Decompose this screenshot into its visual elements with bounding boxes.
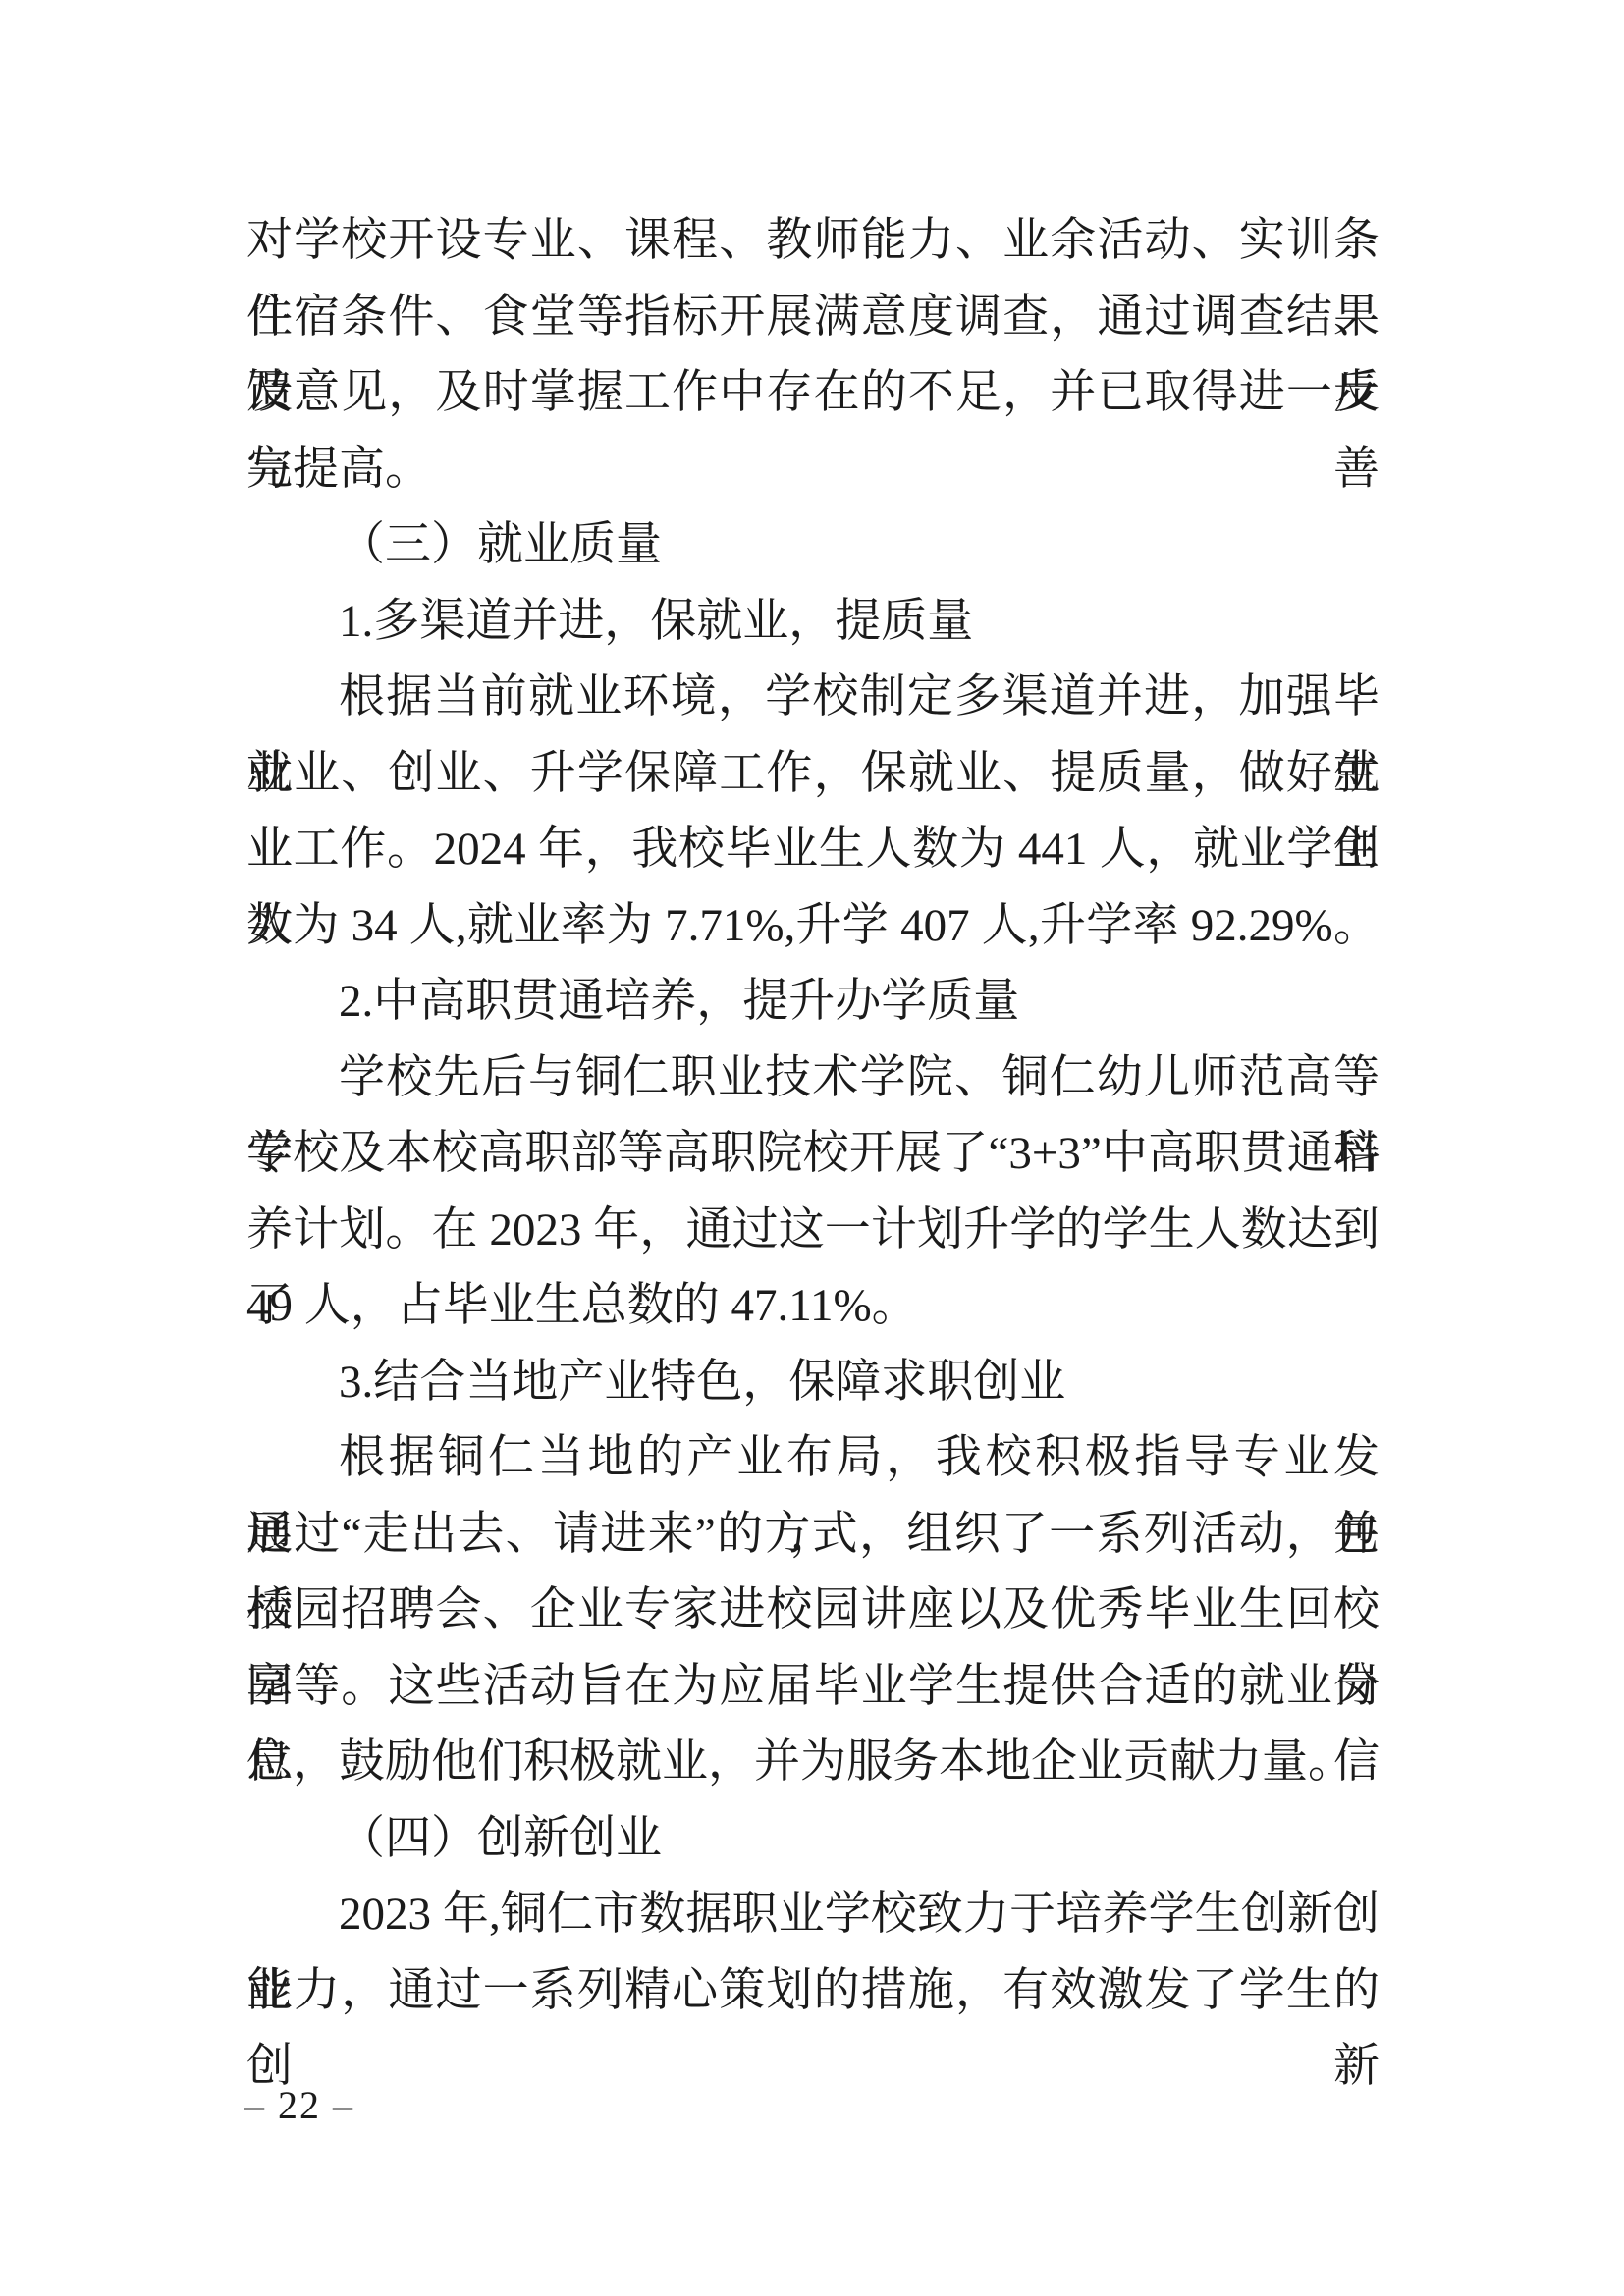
text-line: 1.多渠道并进，保就业，提质量 (246, 584, 1380, 661)
text-line: 49 人，占毕业生总数的 47.11%。 (246, 1268, 1380, 1345)
text-line: 校园招聘会、企业专家进校园讲座以及优秀毕业生回校园分 (246, 1573, 1380, 1649)
text-line: 养计划。在 2023 年，通过这一计划升学的学生人数达到了 (246, 1193, 1380, 1269)
text-line: 享等。这些活动旨在为应届毕业学生提供合适的就业岗位信 (246, 1649, 1380, 1726)
document-body: 对学校开设专业、课程、教师能力、业余活动、实训条件、住宿条件、食堂等指标开展满意… (246, 203, 1380, 2029)
text-line: 3.结合当地产业特色，保障求职创业 (246, 1345, 1380, 1421)
text-line: 就业、创业、升学保障工作，保就业、提质量，做好就业创 (246, 736, 1380, 813)
text-line: （四）创新创业 (246, 1801, 1380, 1878)
text-line: 业工作。2024 年，我校毕业生人数为 441 人，就业学生人 (246, 812, 1380, 888)
text-line: 能力，通过一系列精心策划的措施，有效激发了学生的创新 (246, 1953, 1380, 2030)
text-line: 根据当前就业环境，学校制定多渠道并进，加强毕业生 (246, 660, 1380, 736)
text-line: （三）就业质量 (246, 507, 1380, 584)
text-line: 学校先后与铜仁职业技术学院、铜仁幼儿师范高等专科 (246, 1041, 1380, 1117)
text-line: 学校及本校高职部等高职院校开展了“3+3”中高职贯通培 (246, 1116, 1380, 1193)
text-line: 2.中高职贯通培养，提升办学质量 (246, 964, 1380, 1041)
text-line: 通过“走出去、请进来”的方式，组织了一系列活动，包括 (246, 1497, 1380, 1574)
text-line: 对学校开设专业、课程、教师能力、业余活动、实训条件、 (246, 203, 1380, 280)
text-line: 数为 34 人,就业率为 7.71%,升学 407 人,升学率 92.29%。 (246, 888, 1380, 965)
text-line: 根据铜仁当地的产业布局，我校积极指导专业发展，并 (246, 1420, 1380, 1497)
text-line: 2023 年,铜仁市数据职业学校致力于培养学生创新创业 (246, 1877, 1380, 1953)
text-line: 住宿条件、食堂等指标开展满意度调查，通过调查结果及反 (246, 280, 1380, 356)
page-number: – 22 – (244, 2081, 354, 2130)
text-line: 息，鼓励他们积极就业，并为服务本地企业贡献力量。 (246, 1725, 1380, 1801)
text-line: 馈意见，及时掌握工作中存在的不足，并已取得进一步完善 (246, 355, 1380, 432)
